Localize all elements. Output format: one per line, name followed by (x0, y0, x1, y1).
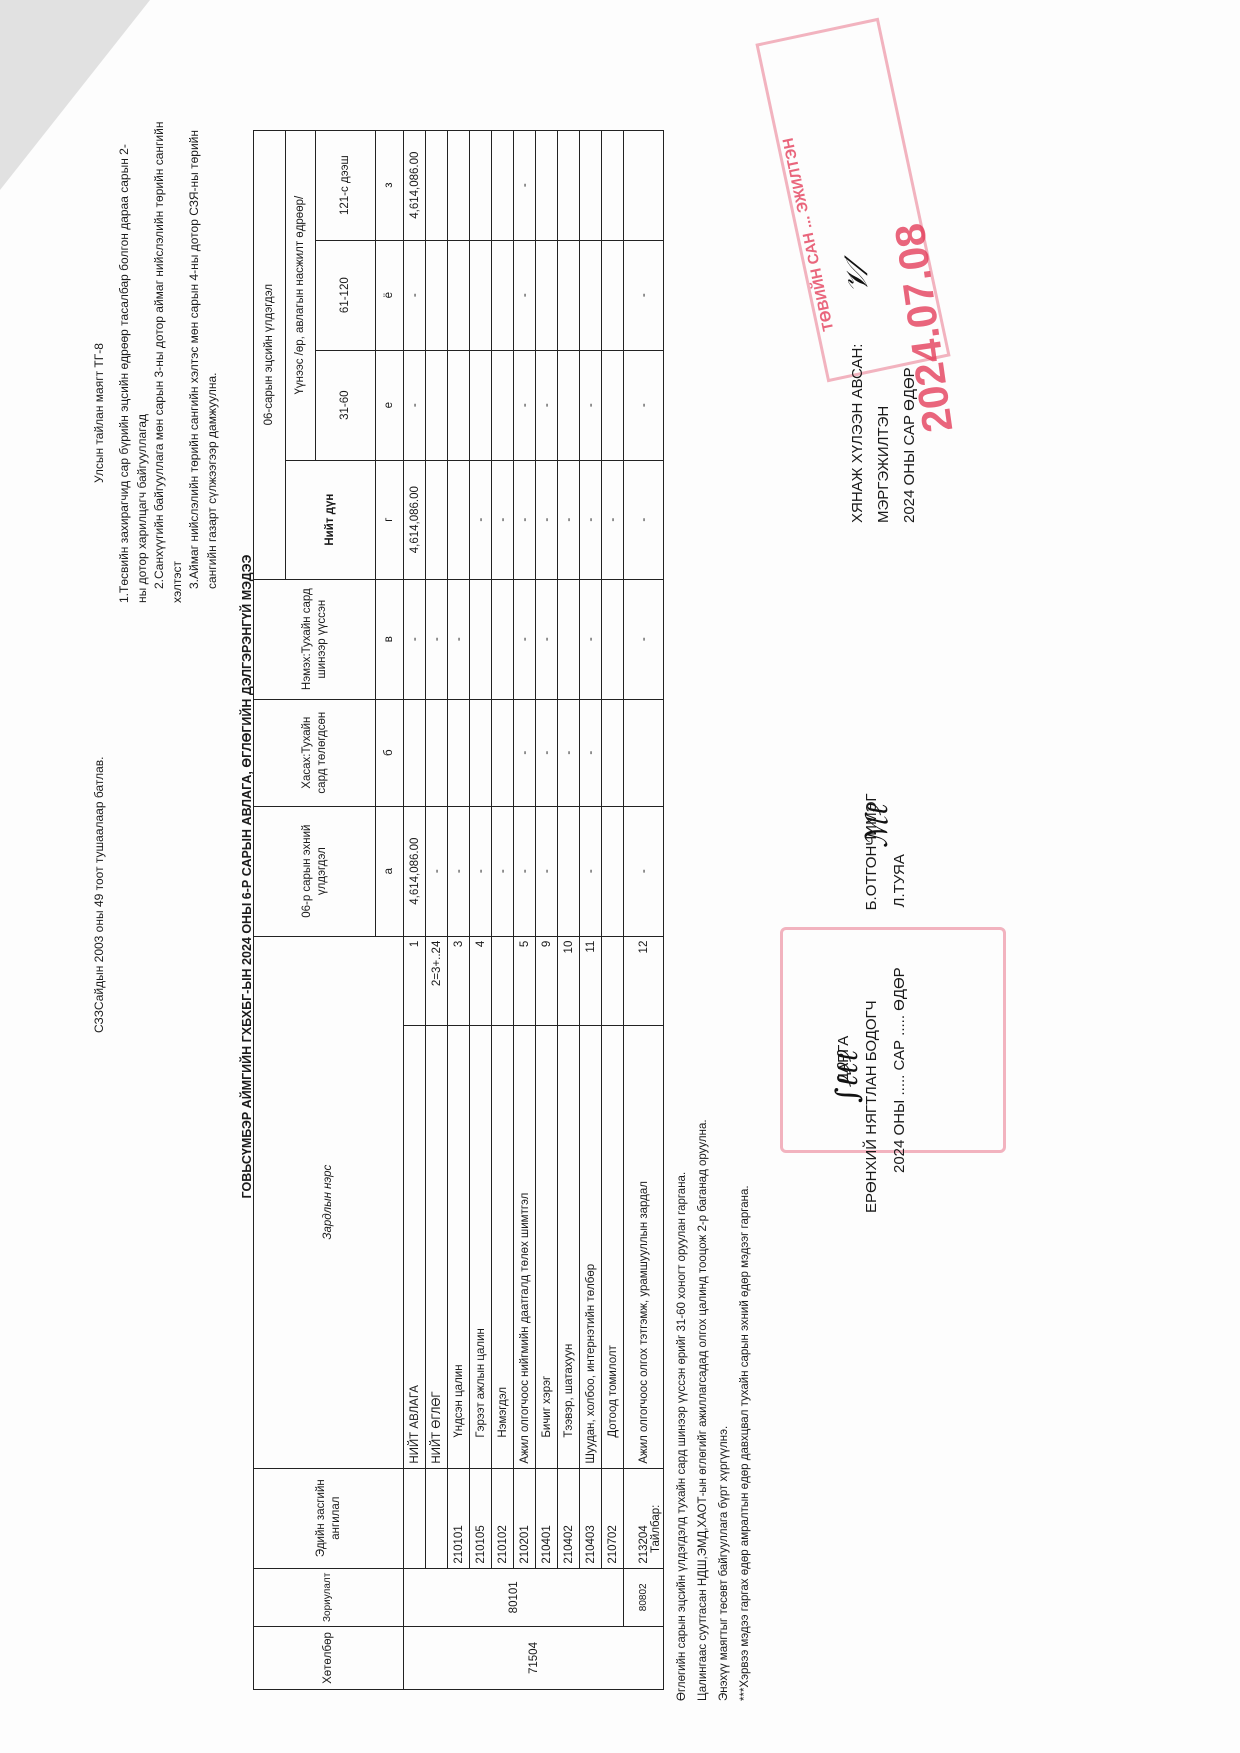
expense-name: Тээвэр, шатахуун (558, 1025, 580, 1468)
value-a121 (602, 130, 624, 240)
value-minus (426, 699, 448, 806)
row-number: 1 (404, 936, 426, 1025)
econ-code: 210201 (514, 1468, 536, 1568)
value-plus: - (536, 579, 558, 699)
value-a61 (536, 240, 558, 350)
expense-name: НИЙТ ӨГЛӨГ (426, 1025, 448, 1468)
note-4: ***Хэрвээ мэдээ гаргах өдөр амралтын өдө… (735, 1119, 756, 1701)
row-number: 2=3+..24 (426, 936, 448, 1025)
value-a121 (470, 130, 492, 240)
table-row: 210101Үндсэн цалин3-- (448, 130, 470, 1689)
value-plus: - (404, 579, 426, 699)
value-plus: - (514, 579, 536, 699)
letter-v: в (376, 579, 404, 699)
letter-b: б (376, 699, 404, 806)
value-total (448, 460, 470, 579)
header-purpose: Зориулалт (254, 1568, 404, 1626)
value-plus: - (580, 579, 602, 699)
value-a31: - (514, 350, 536, 460)
value-plus (602, 579, 624, 699)
econ-code (404, 1468, 426, 1568)
row-number: 12 (624, 936, 664, 1025)
value-a121 (426, 130, 448, 240)
table-row: 210702Дотоод томилолт- (602, 130, 624, 1689)
value-minus (624, 699, 664, 806)
header-aging-31-60: 31-60 (316, 350, 376, 460)
table-row: НИЙТ ӨГЛӨГ2=3+..24-- (426, 130, 448, 1689)
role-director: ДАРГА (830, 794, 858, 1214)
value-total: 4,614,086.00 (404, 460, 426, 579)
econ-code: 210401 (536, 1468, 558, 1568)
date-line-left: 2024 ОНЫ ..... САР ..... ӨДӨР (891, 967, 908, 1173)
program-code: 71504 (404, 1627, 664, 1690)
header-aging-121: 121-с дээш (316, 130, 376, 240)
value-minus (448, 699, 470, 806)
table-row: 210201Ажил олгогчоос нийгмийн даатгалд т… (514, 130, 536, 1689)
received-by-label: ХЯНАЖ ХҮЛЭЭН АВСАН: (845, 344, 871, 523)
value-opening: - (492, 806, 514, 936)
receivables-payables-table: Хөтөлбөр Зориулалт Эдийн засгийн ангилал… (253, 130, 664, 1690)
header-expense-name: Зардлын нэрс (254, 936, 404, 1468)
value-total: - (536, 460, 558, 579)
value-minus: - (558, 699, 580, 806)
notes-label: Тайлбар: (650, 1505, 662, 1553)
expense-name: Дотоод томилолт (602, 1025, 624, 1468)
table-row: 80802213204Ажил олгогчоос олгох тэтгэмж,… (624, 130, 664, 1689)
value-a121 (558, 130, 580, 240)
value-a61 (448, 240, 470, 350)
value-plus: - (624, 579, 664, 699)
decree-text: СЗЗСайдын 2003 оны 49 тоот тушаалаар бат… (92, 757, 106, 1034)
value-total (426, 460, 448, 579)
value-minus (470, 699, 492, 806)
value-plus: - (426, 579, 448, 699)
value-opening: - (624, 806, 664, 936)
value-a31 (492, 350, 514, 460)
econ-code: 210101 (448, 1468, 470, 1568)
purpose-code-2: 80802 (624, 1568, 664, 1626)
value-a61: - (404, 240, 426, 350)
row-number: 9 (536, 936, 558, 1025)
value-a31: - (624, 350, 664, 460)
instruction-2: 2.Санхүүгийн байгууллага мөн сарын 3-ны … (151, 122, 169, 603)
header-aging-61-120: 61-120 (316, 240, 376, 350)
form-name: Улсын тайлан маягт ТГ-8 (92, 343, 106, 483)
expense-name: Шуудан, холбоо, интернэтийн төлбөр (580, 1025, 602, 1468)
letter-e: е (376, 350, 404, 460)
value-minus: - (580, 699, 602, 806)
value-a121 (492, 130, 514, 240)
table-row: 210402Тээвэр, шатахуун10-- (558, 130, 580, 1689)
value-opening: - (426, 806, 448, 936)
header-minus: Хасах:Тухайн сард төлөгдсөн (254, 699, 376, 806)
row-number (602, 936, 624, 1025)
row-number (492, 936, 514, 1025)
value-a61: - (514, 240, 536, 350)
header-closing-group: 06-сарын эцсийн үлдэгдэл (254, 130, 286, 579)
instruction-1b: ны дотор харилцагч байгууллагад (134, 122, 152, 603)
expense-name: Гэрээт ажлын цалин (470, 1025, 492, 1468)
value-plus (470, 579, 492, 699)
table-row: 210105Гэрээт ажлын цалин4-- (470, 130, 492, 1689)
econ-code (426, 1468, 448, 1568)
instruction-2b: хэлтэст (169, 122, 187, 603)
letter-yo: ё (376, 240, 404, 350)
header-total: Нийт дүн (286, 460, 376, 579)
handwritten-signature-1: ∫ℓℓℓ (830, 1050, 865, 1103)
value-plus: - (448, 579, 470, 699)
table-row: 210403Шуудан, холбоо, интернэтийн төлбөр… (580, 130, 602, 1689)
row-number: 10 (558, 936, 580, 1025)
value-a31: - (580, 350, 602, 460)
value-a61 (470, 240, 492, 350)
value-a31 (602, 350, 624, 460)
value-total: - (624, 460, 664, 579)
value-a61 (558, 240, 580, 350)
expense-name: Үндсэн цалин (448, 1025, 470, 1468)
value-a61 (492, 240, 514, 350)
value-a31 (470, 350, 492, 460)
row-number: 3 (448, 936, 470, 1025)
value-opening: - (470, 806, 492, 936)
header-econ-class: Эдийн засгийн ангилал (254, 1468, 404, 1568)
letter-a: а (376, 806, 404, 936)
value-opening: - (536, 806, 558, 936)
value-opening: 4,614,086.00 (404, 806, 426, 936)
table-row: 7150480101НИЙТ АВЛАГА14,614,086.00-4,614… (404, 130, 426, 1689)
value-a31: - (404, 350, 426, 460)
name-tuya: Л.ТУЯА (891, 854, 908, 907)
header-opening-balance: 06-р сарын эхний үлдэгдэл (254, 806, 376, 936)
handwritten-signature-3: 𝒱⁄ (840, 263, 875, 293)
row-number: 5 (514, 936, 536, 1025)
expense-name: НИЙТ АВЛАГА (404, 1025, 426, 1468)
value-minus (492, 699, 514, 806)
role-chief-accountant: ЕРӨНХИЙ НЯГТЛАН БОДОГЧ (863, 1000, 880, 1213)
value-a31 (558, 350, 580, 460)
value-a61 (580, 240, 602, 350)
value-a31 (448, 350, 470, 460)
instruction-1: 1.Төсвийн захирагчид сар бүрийн эцсийн ө… (116, 122, 134, 603)
letter-z: з (376, 130, 404, 240)
note-1: Өглөгийн сарын эцсийн үлдэгдэлд тухайн с… (672, 1119, 693, 1701)
value-opening (602, 806, 624, 936)
value-plus (492, 579, 514, 699)
value-a121 (448, 130, 470, 240)
specialist-label: МЭРГЭЖИЛТЭН (871, 344, 897, 523)
expense-name: Нэмэгдэл (492, 1025, 514, 1468)
expense-name: Бичиг хэрэг (536, 1025, 558, 1468)
notes-list: Өглөгийн сарын эцсийн үлдэгдэлд тухайн с… (672, 1119, 756, 1701)
value-total: - (514, 460, 536, 579)
value-minus: - (536, 699, 558, 806)
letter-g: г (376, 460, 404, 579)
report-title: ГОВЬСҮМБЭР АЙМГИЙН ГХБХБГ-ЫН 2024 ОНЫ 6-… (240, 0, 254, 1753)
value-a121: - (514, 130, 536, 240)
econ-code: 210403 (580, 1468, 602, 1568)
value-total: - (602, 460, 624, 579)
expense-name: Ажил олгогчоос нийгмийн даатгалд төлөх ш… (514, 1025, 536, 1468)
purpose-code: 80101 (404, 1568, 624, 1626)
instruction-3b: сангийн газарт сүлжээгээр дамжуулна. (204, 122, 222, 603)
value-opening: - (580, 806, 602, 936)
value-a61 (602, 240, 624, 350)
value-total: - (470, 460, 492, 579)
note-3: Энэхүү маягтыг төсөвт байгууллага бүрт х… (714, 1119, 735, 1701)
value-opening: - (448, 806, 470, 936)
value-total: - (558, 460, 580, 579)
expense-name: Ажил олгогчоос олгох тэтгэмж, урамшууллы… (624, 1025, 664, 1468)
value-opening: - (514, 806, 536, 936)
header-plus: Нэмэх:Тухайн сард шинээр үүссэн (254, 579, 376, 699)
econ-code: 210105 (470, 1468, 492, 1568)
instruction-3: 3.Аймаг нийслэлийн төрийн сангийн хэлтэс… (186, 122, 204, 603)
value-minus (602, 699, 624, 806)
value-opening (558, 806, 580, 936)
header-program: Хөтөлбөр (254, 1627, 404, 1690)
value-total: - (580, 460, 602, 579)
header-aging-group: Үүнээс /өр, авлагын насжилт өдрөөр/ (286, 130, 316, 460)
value-minus: - (514, 699, 536, 806)
value-a121: 4,614,086.00 (404, 130, 426, 240)
row-number: 4 (470, 936, 492, 1025)
table-row: 210401Бичиг хэрэг9----- (536, 130, 558, 1689)
table-row: 210102Нэмэгдэл-- (492, 130, 514, 1689)
value-a61: - (624, 240, 664, 350)
value-a31 (426, 350, 448, 460)
role-accountant-line: ЕРӨНХИЙ НЯГТЛАН БОДОГЧБ.ОТГОНЧИМЭГ (858, 794, 886, 1214)
note-2: Цалингаас суутгасан НДШ,ЭМД,ХАОТ-ын өглө… (693, 1119, 714, 1701)
econ-code: 210402 (558, 1468, 580, 1568)
date-line-left-row: 2024 ОНЫ ..... САР ..... ӨДӨРЛ.ТУЯА (886, 794, 914, 1214)
value-minus (404, 699, 426, 806)
value-a121 (580, 130, 602, 240)
value-a121 (624, 130, 664, 240)
econ-code: 210102 (492, 1468, 514, 1568)
value-a31: - (536, 350, 558, 460)
instructions: 1.Төсвийн захирагчид сар бүрийн эцсийн ө… (116, 122, 221, 603)
value-a121 (536, 130, 558, 240)
rotated-document: Улсын тайлан маягт ТГ-8 СЗЗСайдын 2003 о… (0, 0, 1240, 1753)
handwritten-signature-2: ℳℓ (860, 803, 895, 848)
signature-block-left: ДАРГА ЕРӨНХИЙ НЯГТЛАН БОДОГЧБ.ОТГОНЧИМЭГ… (830, 794, 914, 1214)
value-a61 (426, 240, 448, 350)
econ-code: 210702 (602, 1468, 624, 1568)
value-plus (558, 579, 580, 699)
value-total: - (492, 460, 514, 579)
row-number: 11 (580, 936, 602, 1025)
